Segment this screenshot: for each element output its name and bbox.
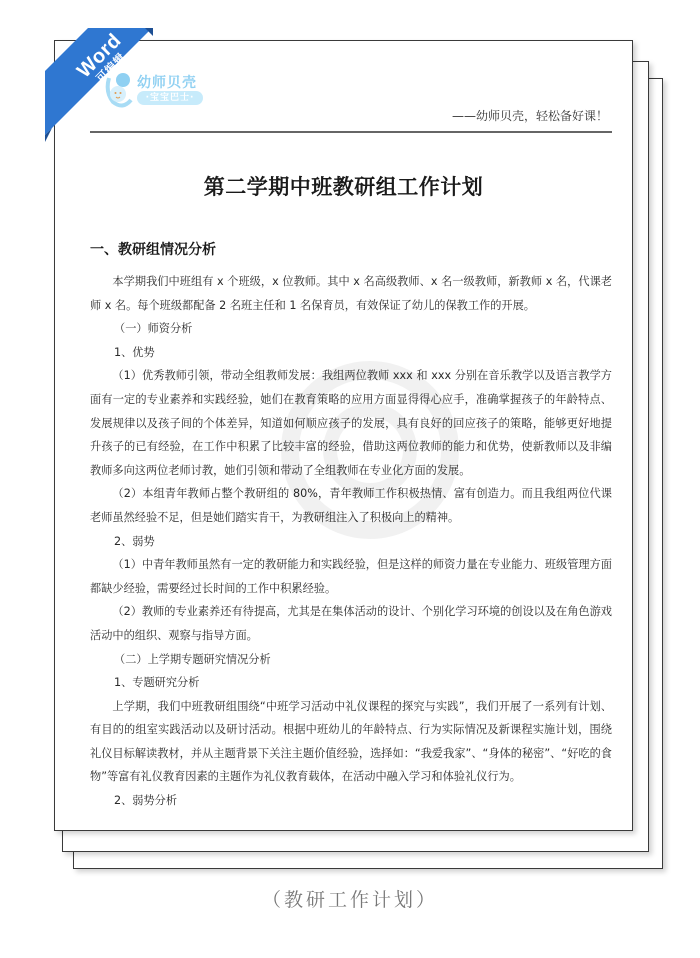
brand-logo: 幼师贝壳 ·宝宝巴士·	[103, 70, 223, 110]
image-caption: （教研工作计划）	[0, 885, 700, 912]
subheading: 1、专题研究分析	[90, 671, 612, 695]
paragraph: 本学期我们中班组有 x 个班级，x 位教师。其中 x 名高级教师、x 名一级教师…	[90, 270, 612, 317]
section-heading: 一、教研组情况分析	[90, 240, 612, 260]
paragraph: （2）教师的专业素养还有待提高，尤其是在集体活动的设计、个别化学习环境的创设以及…	[90, 600, 612, 647]
logo-title: 幼师贝壳	[137, 72, 197, 92]
header-divider	[90, 131, 612, 133]
paragraph: （1）中青年教师虽然有一定的教研能力和实践经验，但是这样的师资力量在专业能力、班…	[90, 553, 612, 600]
logo-subtitle: ·宝宝巴士·	[137, 91, 203, 105]
document-title: 第二学期中班教研组工作计划	[54, 171, 633, 201]
paragraph: 上学期，我们中班教研组围绕“中班学习活动中礼仪课程的探究与实践”，我们开展了一系…	[90, 695, 612, 789]
subheading: （二）上学期专题研究情况分析	[90, 648, 612, 672]
header-slogan: ——幼师贝壳，轻松备好课！	[452, 107, 608, 124]
subheading: （一）师资分析	[90, 317, 612, 341]
watermark-logo-icon	[270, 350, 470, 550]
subheading: 2、弱势分析	[90, 789, 612, 813]
